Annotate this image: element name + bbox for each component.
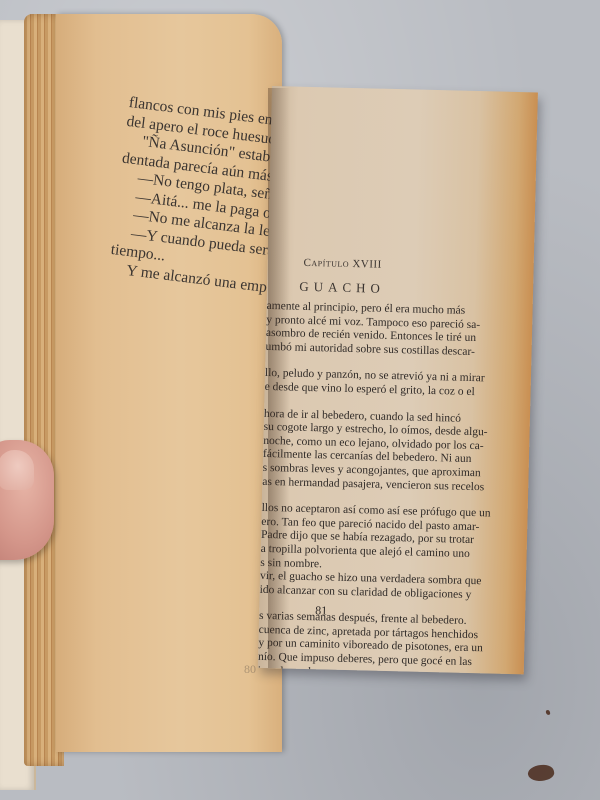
left-page-text: flancos con mis pies entu del apero el r… <box>107 94 282 302</box>
floor-speck <box>546 710 551 716</box>
gutter-shadow <box>268 88 290 668</box>
right-page-text: amente al principio, pero él era mucho m… <box>258 300 529 674</box>
floor-stain <box>527 762 556 783</box>
left-page[interactable]: flancos con mis pies entu del apero el r… <box>56 14 282 752</box>
thumb <box>0 440 54 560</box>
right-page-number: 81 <box>315 603 327 618</box>
right-page[interactable]: Capítulo XVIII GUACHO amente al principi… <box>258 86 538 674</box>
chapter-title: GUACHO <box>287 278 397 297</box>
left-page-number: 80 <box>244 662 256 677</box>
chapter-label: Capítulo XVIII <box>288 256 398 271</box>
thumbnail <box>0 450 34 490</box>
